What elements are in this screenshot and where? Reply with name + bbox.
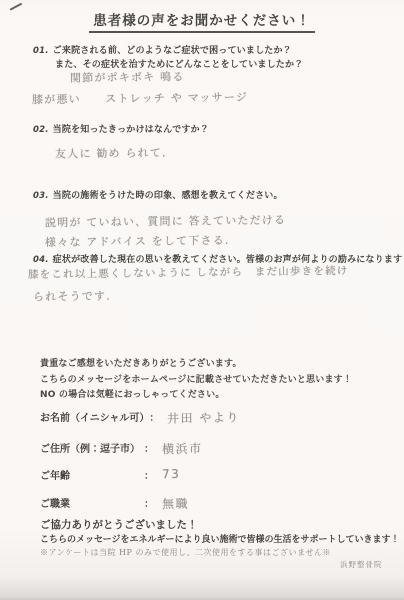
field-age-colon: ： xyxy=(144,467,154,482)
answer-1-line-1: 関節がポキポキ 鳴る xyxy=(70,68,185,85)
field-name: お名前（イニシャル可）： 井田 やより xyxy=(40,409,240,426)
question-3-text-1: 当院の施術をうけた時の印象、感想を教えてください。 xyxy=(53,191,283,201)
field-address: ご住所（例：逗子市）： 横浜市 xyxy=(40,440,203,457)
closing-line-2: こちらのメッセージをエネルギーにより良い施術で皆様の生活をサポートしていきます！ xyxy=(40,532,399,545)
question-1-line-1: 01.ご来院される前、どのようなご症状で困っていましたか？ xyxy=(33,43,292,56)
closing-line-1: ご協力ありがとうございました！ xyxy=(40,517,198,532)
field-address-label: ご住所（例：逗子市） xyxy=(40,440,144,455)
field-occupation: ご職業： 無職 xyxy=(40,495,189,512)
field-address-value: 横浜市 xyxy=(162,440,203,458)
answer-1-line-2: 膝が悪い ストレッチ や マッサージ xyxy=(32,89,248,108)
answer-2-line-1: 友人に 勧め られて. xyxy=(55,144,167,161)
answer-4-line-1: 膝をこれ以上悪くしないように しながら まだ山歩きを続け xyxy=(28,263,349,282)
scanned-questionnaire: 患者様の声をお聞かせください！ 01.ご来院される前、どのようなご症状で困ってい… xyxy=(0,0,404,600)
question-2-text-1: 当院を知ったきっかけはなんですか？ xyxy=(53,125,209,135)
field-name-label: お名前（イニシャル可） xyxy=(40,409,149,424)
field-occupation-value: 無職 xyxy=(162,495,189,512)
question-2-number: 02. xyxy=(33,125,49,135)
question-3-line-1: 03.当院の施術をうけた時の印象、感想を教えてください。 xyxy=(33,188,283,201)
field-name-colon: ： xyxy=(149,409,159,424)
field-name-value: 井田 やより xyxy=(167,408,240,426)
field-age-label: ご年齢 xyxy=(40,467,144,482)
page-title-text: 患者様の声をお聞かせください！ xyxy=(89,13,315,33)
field-occupation-label: ご職業 xyxy=(40,495,144,510)
field-age-value: 73 xyxy=(162,467,181,481)
field-address-colon: ： xyxy=(144,440,154,455)
question-4-number: 04. xyxy=(33,255,49,265)
question-1-text-1: ご来院される前、どのようなご症状で困っていましたか？ xyxy=(53,46,292,56)
notice-line-3: NO の場合は気軽におっしゃってください。 xyxy=(40,387,225,400)
question-1-number: 01. xyxy=(33,46,49,56)
answer-4-line-2: られそうです. xyxy=(33,288,111,305)
answer-3-line-1: 説明が ていねい、質問に 答えていただける xyxy=(45,212,286,231)
disclaimer-line: ※アンケートは当院 HP のみで使用し、二次使用をする事はございません※ xyxy=(40,547,331,558)
question-2-line-1: 02.当院を知ったきっかけはなんですか？ xyxy=(33,122,209,135)
question-3-number: 03. xyxy=(33,191,49,201)
field-age: ご年齢： 73 xyxy=(40,467,180,482)
answer-3-line-2: 様々な アドバイス をして下さる. xyxy=(45,232,230,250)
notice-line-1: 貴重なご感想をいただきありがとうございます。 xyxy=(40,356,242,369)
notice-line-2: こちらのメッセージをホームページに記載させていただきたいと思います！ xyxy=(40,372,352,385)
field-occupation-colon: ： xyxy=(144,495,154,510)
page-title: 患者様の声をお聞かせください！ xyxy=(0,9,404,29)
clinic-name: 浜野整骨院 xyxy=(340,559,383,570)
